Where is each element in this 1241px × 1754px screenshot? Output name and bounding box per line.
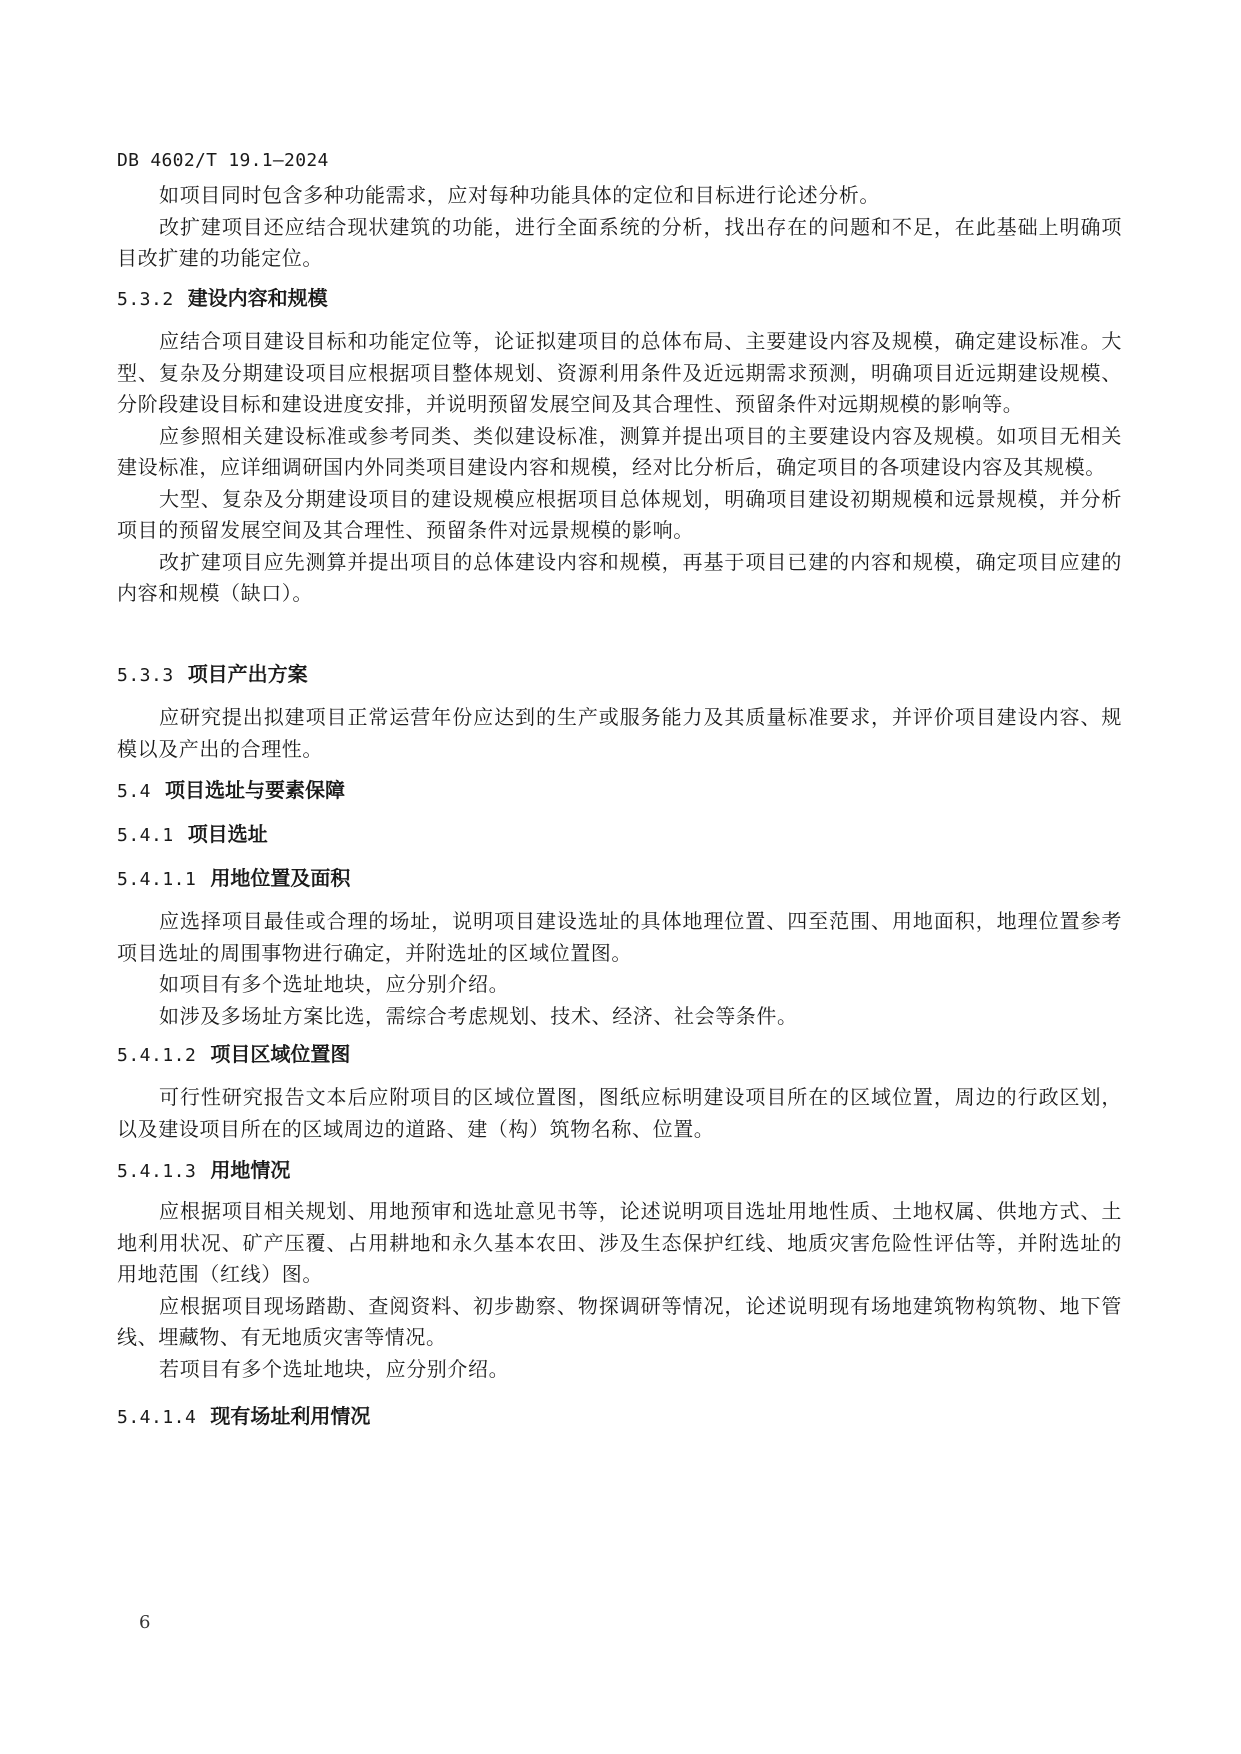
paragraph: 大型、复杂及分期建设项目的建设规模应根据项目总体规划，明确项目建设初期规模和远景… <box>117 484 1122 547</box>
heading-title: 项目产出方案 <box>188 662 308 686</box>
heading-title: 用地情况 <box>210 1158 290 1182</box>
heading-5-3-3: 5.3.3项目产出方案 <box>117 660 1122 690</box>
paragraph: 应根据项目相关规划、用地预审和选址意见书等，论述说明项目选址用地性质、土地权属、… <box>117 1196 1122 1291</box>
heading-title: 项目选址 <box>188 822 268 846</box>
heading-title: 用地位置及面积 <box>210 866 350 890</box>
section-5-3-3-body: 应研究提出拟建项目正常运营年份应达到的生产或服务能力及其质量标准要求，并评价项目… <box>117 702 1122 765</box>
paragraph: 应参照相关建设标准或参考同类、类似建设标准，测算并提出项目的主要建设内容及规模。… <box>117 421 1122 484</box>
paragraph: 应研究提出拟建项目正常运营年份应达到的生产或服务能力及其质量标准要求，并评价项目… <box>117 702 1122 765</box>
paragraph: 应结合项目建设目标和功能定位等，论证拟建项目的总体布局、主要建设内容及规模，确定… <box>117 326 1122 421</box>
paragraph: 改扩建项目应先测算并提出项目的总体建设内容和规模，再基于项目已建的内容和规模，确… <box>117 547 1122 610</box>
heading-number: 5.3.2 <box>117 286 174 314</box>
paragraph: 如项目同时包含多种功能需求，应对每种功能具体的定位和目标进行论述分析。 <box>117 180 1122 212</box>
heading-5-3-2: 5.3.2建设内容和规模 <box>117 284 1122 314</box>
paragraph: 如涉及多场址方案比选，需综合考虑规划、技术、经济、社会等条件。 <box>117 1001 1122 1033</box>
paragraph: 若项目有多个选址地块，应分别介绍。 <box>117 1354 1122 1386</box>
section-5-4-1-2-body: 可行性研究报告文本后应附项目的区域位置图，图纸应标明建设项目所在的区域位置，周边… <box>117 1082 1122 1145</box>
heading-5-4-1-2: 5.4.1.2项目区域位置图 <box>117 1040 1122 1070</box>
heading-5-4-1-3: 5.4.1.3用地情况 <box>117 1156 1122 1186</box>
heading-title: 项目选址与要素保障 <box>165 778 345 802</box>
paragraph: 可行性研究报告文本后应附项目的区域位置图，图纸应标明建设项目所在的区域位置，周边… <box>117 1082 1122 1145</box>
paragraph: 如项目有多个选址地块，应分别介绍。 <box>117 969 1122 1001</box>
heading-number: 5.4.1.1 <box>117 866 196 894</box>
heading-number: 5.3.3 <box>117 662 174 690</box>
paragraph: 应选择项目最佳或合理的场址，说明项目建设选址的具体地理位置、四至范围、用地面积，… <box>117 906 1122 969</box>
heading-5-4-1-1: 5.4.1.1用地位置及面积 <box>117 864 1122 894</box>
section-intro: 如项目同时包含多种功能需求，应对每种功能具体的定位和目标进行论述分析。 改扩建项… <box>117 180 1122 275</box>
page-number: 6 <box>139 1612 150 1633</box>
paragraph: 改扩建项目还应结合现状建筑的功能，进行全面系统的分析，找出存在的问题和不足，在此… <box>117 212 1122 275</box>
paragraph: 应根据项目现场踏勘、查阅资料、初步勘察、物探调研等情况，论述说明现有场地建筑物构… <box>117 1291 1122 1354</box>
heading-number: 5.4.1.2 <box>117 1042 196 1070</box>
heading-number: 5.4 <box>117 778 151 806</box>
section-5-4-1-3-body: 应根据项目相关规划、用地预审和选址意见书等，论述说明项目选址用地性质、土地权属、… <box>117 1196 1122 1385</box>
heading-5-4-1: 5.4.1项目选址 <box>117 820 1122 850</box>
heading-number: 5.4.1 <box>117 822 174 850</box>
heading-number: 5.4.1.4 <box>117 1404 196 1432</box>
document-code: DB 4602/T 19.1—2024 <box>117 150 329 171</box>
heading-title: 建设内容和规模 <box>188 286 328 310</box>
document-page: DB 4602/T 19.1—2024 如项目同时包含多种功能需求，应对每种功能… <box>0 0 1241 1754</box>
heading-5-4-1-4: 5.4.1.4现有场址利用情况 <box>117 1402 1122 1432</box>
heading-title: 项目区域位置图 <box>210 1042 350 1066</box>
section-5-3-2-body: 应结合项目建设目标和功能定位等，论证拟建项目的总体布局、主要建设内容及规模，确定… <box>117 326 1122 610</box>
heading-title: 现有场址利用情况 <box>210 1404 370 1428</box>
heading-5-4: 5.4项目选址与要素保障 <box>117 776 1122 806</box>
section-5-4-1-1-body: 应选择项目最佳或合理的场址，说明项目建设选址的具体地理位置、四至范围、用地面积，… <box>117 906 1122 1032</box>
heading-number: 5.4.1.3 <box>117 1158 196 1186</box>
